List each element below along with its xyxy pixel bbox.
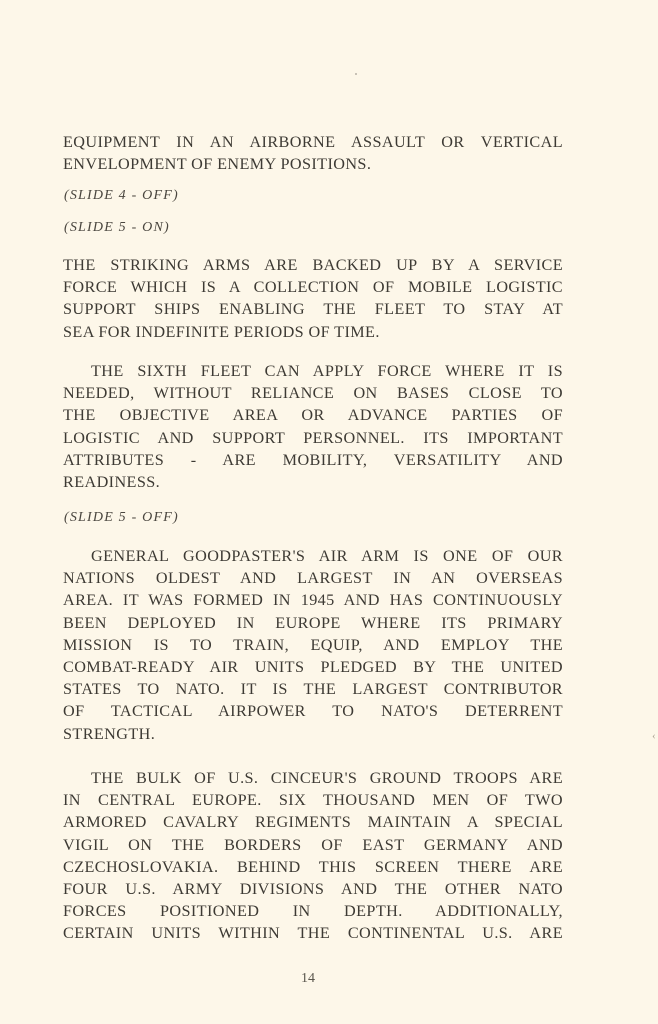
- paragraph-3: THE SIXTH FLEET CAN APPLY FORCE WHERE IT…: [63, 360, 563, 493]
- text-line: THE BULK OF U.S. CINCEUR'S GROUND TROOPS…: [63, 767, 563, 789]
- text-line: ARMORED CAVALRY REGIMENTS MAINTAIN A SPE…: [63, 811, 563, 833]
- slide-cue-5-off: (SLIDE 5 - OFF): [64, 510, 179, 526]
- paper-speck: [355, 73, 357, 75]
- text-line: THE SIXTH FLEET CAN APPLY FORCE WHERE IT…: [63, 360, 563, 382]
- text-line: THE OBJECTIVE AREA OR ADVANCE PARTIES OF: [63, 404, 563, 426]
- text-line: FOUR U.S. ARMY DIVISIONS AND THE OTHER N…: [63, 878, 563, 900]
- text-line: THE STRIKING ARMS ARE BACKED UP BY A SER…: [63, 254, 563, 276]
- text-line: FORCE WHICH IS A COLLECTION OF MOBILE LO…: [63, 276, 563, 298]
- document-page: ‹ EQUIPMENT IN AN AIRBORNE ASSAULT OR VE…: [0, 0, 658, 1024]
- text-line: COMBAT-READY AIR UNITS PLEDGED BY THE UN…: [63, 656, 563, 678]
- text-line: STATES TO NATO. IT IS THE LARGEST CONTRI…: [63, 678, 563, 700]
- text-line: READINESS.: [63, 471, 563, 493]
- text-line: NATIONS OLDEST AND LARGEST IN AN OVERSEA…: [63, 567, 563, 589]
- text-line: OF TACTICAL AIRPOWER TO NATO'S DETERRENT: [63, 700, 563, 722]
- slide-cue-4-off: (SLIDE 4 - OFF): [64, 188, 179, 204]
- paragraph-4: GENERAL GOODPASTER'S AIR ARM IS ONE OF O…: [63, 545, 563, 745]
- text-line: NEEDED, WITHOUT RELIANCE ON BASES CLOSE …: [63, 382, 563, 404]
- paragraph-2: THE STRIKING ARMS ARE BACKED UP BY A SER…: [63, 254, 563, 343]
- text-line: ATTRIBUTES - ARE MOBILITY, VERSATILITY A…: [63, 449, 563, 471]
- text-line: CZECHOSLOVAKIA. BEHIND THIS SCREEN THERE…: [63, 856, 563, 878]
- text-line: MISSION IS TO TRAIN, EQUIP, AND EMPLOY T…: [63, 634, 563, 656]
- text-line: SUPPORT SHIPS ENABLING THE FLEET TO STAY…: [63, 298, 563, 320]
- paragraph-5: THE BULK OF U.S. CINCEUR'S GROUND TROOPS…: [63, 767, 563, 945]
- paragraph-1: EQUIPMENT IN AN AIRBORNE ASSAULT OR VERT…: [63, 131, 563, 175]
- text-line: AREA. IT WAS FORMED IN 1945 AND HAS CONT…: [63, 589, 563, 611]
- margin-mark: ‹: [652, 730, 656, 742]
- text-line: EQUIPMENT IN AN AIRBORNE ASSAULT OR VERT…: [63, 131, 563, 153]
- text-line: VIGIL ON THE BORDERS OF EAST GERMANY AND: [63, 834, 563, 856]
- text-line: CERTAIN UNITS WITHIN THE CONTINENTAL U.S…: [63, 922, 563, 944]
- text-line: SEA FOR INDEFINITE PERIODS OF TIME.: [63, 321, 563, 343]
- text-line: FORCES POSITIONED IN DEPTH. ADDITIONALLY…: [63, 900, 563, 922]
- page-number: 14: [0, 971, 616, 987]
- slide-cue-5-on: (SLIDE 5 - ON): [64, 220, 170, 236]
- text-line: ENVELOPMENT OF ENEMY POSITIONS.: [63, 153, 563, 175]
- text-line: BEEN DEPLOYED IN EUROPE WHERE ITS PRIMAR…: [63, 612, 563, 634]
- text-line: GENERAL GOODPASTER'S AIR ARM IS ONE OF O…: [63, 545, 563, 567]
- text-line: LOGISTIC AND SUPPORT PERSONNEL. ITS IMPO…: [63, 427, 563, 449]
- text-line: IN CENTRAL EUROPE. SIX THOUSAND MEN OF T…: [63, 789, 563, 811]
- text-line: STRENGTH.: [63, 723, 563, 745]
